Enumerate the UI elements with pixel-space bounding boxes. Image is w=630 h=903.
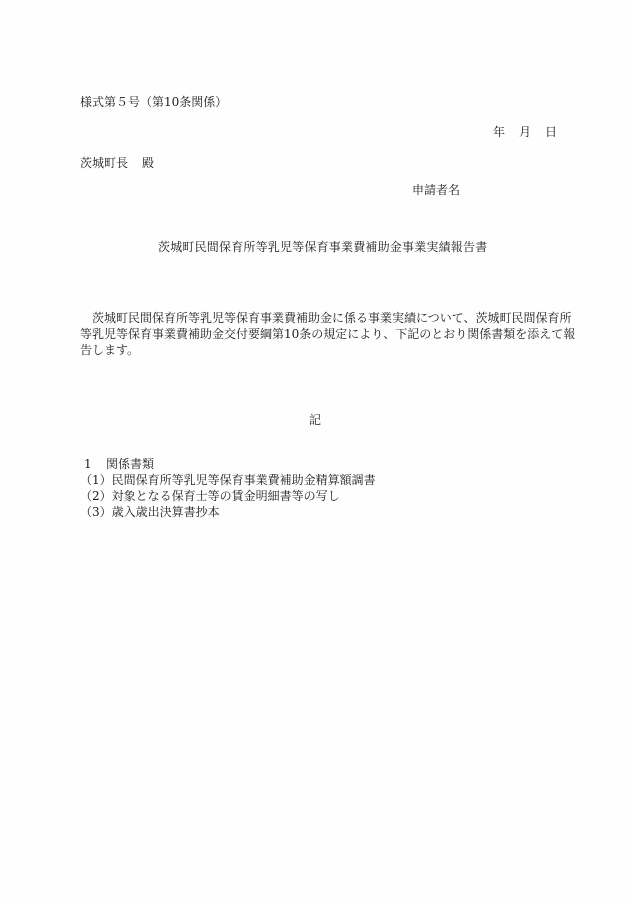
form-number: 様式第５号（第10条関係） xyxy=(80,94,227,110)
day-label: 日 xyxy=(545,124,557,140)
addressee-name: 茨城町長 xyxy=(80,156,128,170)
applicant-label: 申請者名 xyxy=(412,182,460,198)
document-page: 様式第５号（第10条関係） 年月日 茨城町長殿 申請者名 茨城町民間保育所等乳児… xyxy=(0,0,630,903)
body-line: 等乳児等保育事業費補助金交付要綱第10条の規定により、下記のとおり関係書類を添え… xyxy=(80,326,552,342)
list-item: （2）対象となる保育士等の賃金明細書等の写し xyxy=(80,488,376,504)
item-text: 歳入歳出決算書抄本 xyxy=(112,505,220,519)
month-label: 月 xyxy=(519,124,531,140)
item-number: （3） xyxy=(80,504,112,520)
section-number: 1 xyxy=(80,456,106,472)
item-text: 対象となる保育士等の賃金明細書等の写し xyxy=(112,489,340,503)
list-item: （1）民間保育所等乳児等保育事業費補助金精算額調書 xyxy=(80,472,376,488)
attachments-section: 1関係書類 （1）民間保育所等乳児等保育事業費補助金精算額調書 （2）対象となる… xyxy=(80,456,376,520)
body-line: 茨城町民間保育所等乳児等保育事業費補助金に係る事業実績について、茨城町民間保育所 xyxy=(80,310,552,326)
item-text: 民間保育所等乳児等保育事業費補助金精算額調書 xyxy=(112,473,376,487)
body-paragraph: 茨城町民間保育所等乳児等保育事業費補助金に係る事業実績について、茨城町民間保育所… xyxy=(80,310,552,358)
section-heading: 1関係書類 xyxy=(80,456,376,472)
item-number: （2） xyxy=(80,488,112,504)
document-title: 茨城町民間保育所等乳児等保育事業費補助金事業実績報告書 xyxy=(158,239,487,255)
item-number: （1） xyxy=(80,472,112,488)
date-line: 年月日 xyxy=(493,124,557,140)
addressee: 茨城町長殿 xyxy=(80,155,154,171)
year-label: 年 xyxy=(493,124,505,140)
body-line: 告します。 xyxy=(80,342,552,358)
section-title: 関係書類 xyxy=(106,457,154,471)
list-item: （3）歳入歳出決算書抄本 xyxy=(80,504,376,520)
ki-heading: 記 xyxy=(309,412,321,428)
addressee-honorific: 殿 xyxy=(142,156,154,170)
